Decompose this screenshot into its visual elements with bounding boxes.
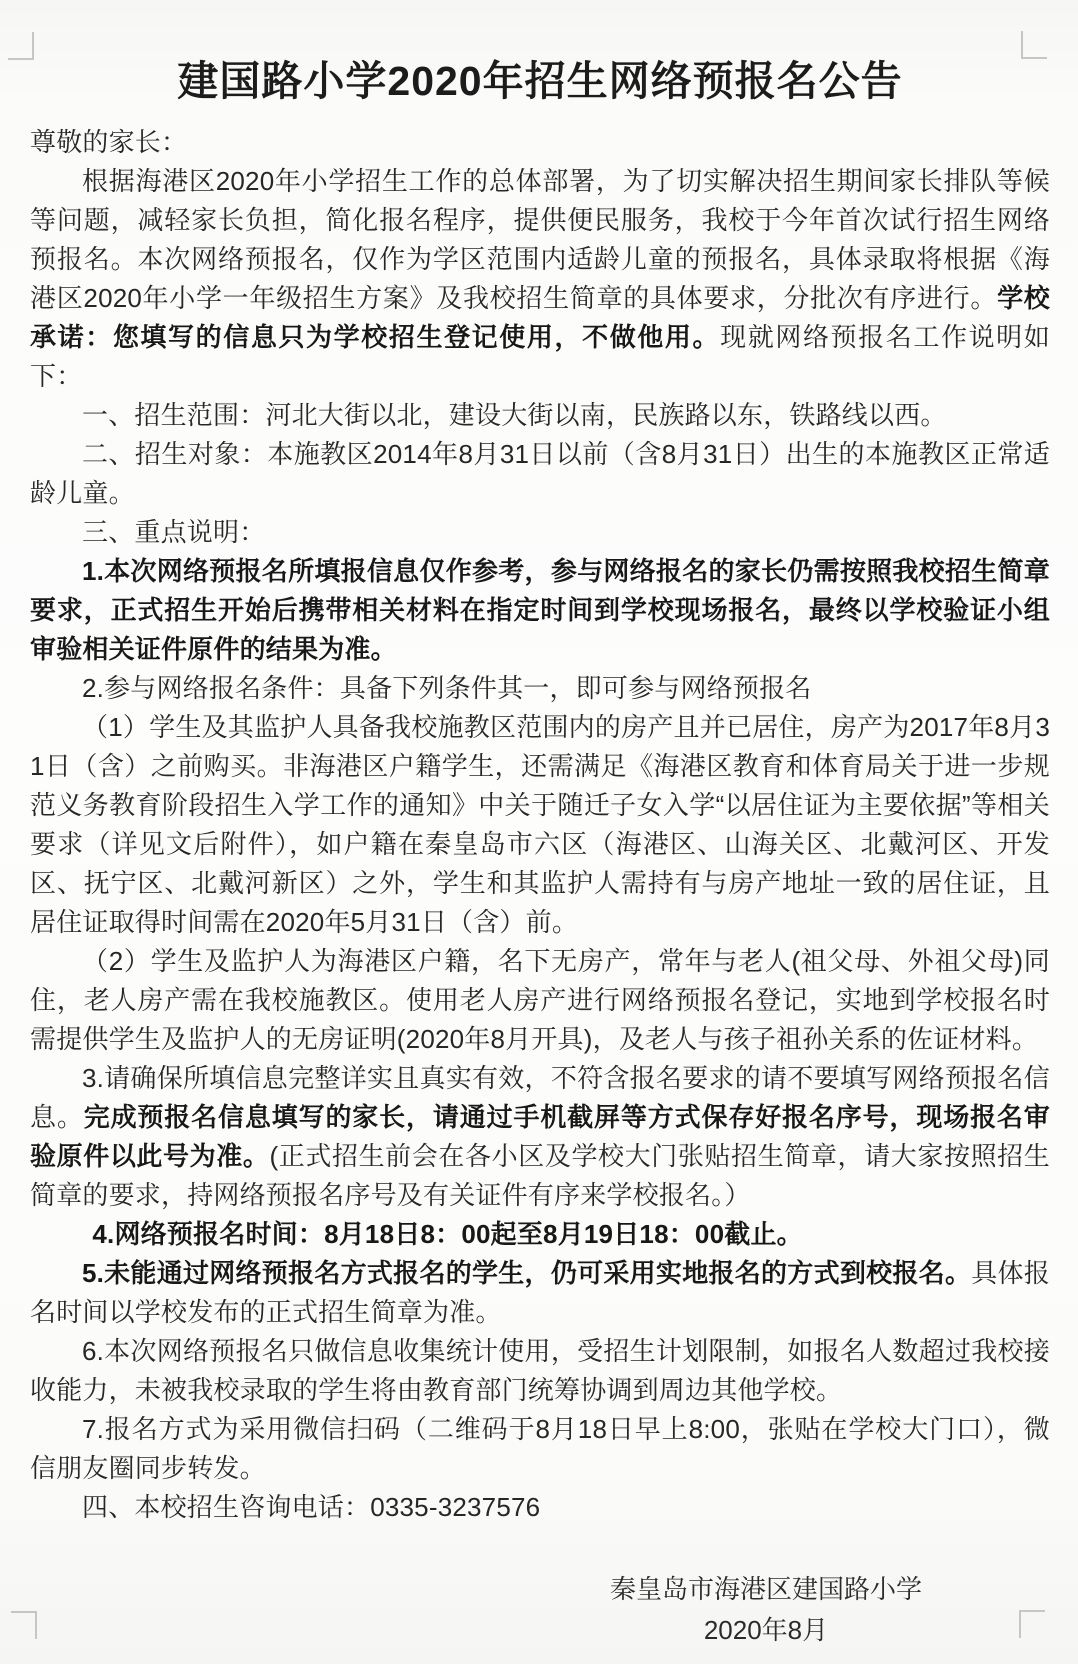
document-body: 建国路小学2020年招生网络预报名公告 尊敬的家长： 根据海港区2020年小学招… (0, 0, 1078, 1651)
key-note-2: 2.参与网络报名条件：具备下列条件其一，即可参与网络预报名 (30, 669, 1050, 708)
section-key-notes-heading: 三、重点说明： (30, 513, 1050, 552)
intro-text-1: 根据海港区2020年小学招生工作的总体部署，为了切实解决招生期间家长排队等候等问… (30, 166, 1050, 313)
condition-2: （2）学生及监护人为海港区户籍，名下无房产，常年与老人(祖父母、外祖父母)同住，… (30, 942, 1050, 1059)
key-note-5: 5.未能通过网络预报名方式报名的学生，仍可采用实地报名的方式到校报名。具体报名时… (30, 1254, 1050, 1332)
key-note-7: 7.报名方式为采用微信扫码（二维码于8月18日早上8:00，张贴在学校大门口），… (30, 1410, 1050, 1488)
section-enrollment-scope: 一、招生范围：河北大街以北，建设大街以南，民族路以东，铁路线以西。 (30, 396, 1050, 435)
key-note-5-bold: 5.未能通过网络预报名方式报名的学生，仍可采用实地报名的方式到校报名。 (82, 1258, 971, 1288)
key-note-1: 1.本次网络预报名所填报信息仅作参考，参与网络报名的家长仍需按照我校招生简章要求… (30, 552, 1050, 669)
corner-mark-bottom-left-icon (11, 1611, 37, 1639)
corner-mark-bottom-right-icon (1019, 1610, 1045, 1638)
announcement-page: 建国路小学2020年招生网络预报名公告 尊敬的家长： 根据海港区2020年小学招… (0, 0, 1078, 1664)
signature-block: 秦皇岛市海港区建国路小学 2020年8月 (610, 1569, 922, 1651)
intro-paragraph: 根据海港区2020年小学招生工作的总体部署，为了切实解决招生期间家长排队等候等问… (30, 162, 1050, 396)
condition-1: （1）学生及其监护人具备我校施教区范围内的房产且并已居住，房产为2017年8月3… (30, 708, 1050, 942)
section-consult-phone: 四、本校招生咨询电话：0335-3237576 (30, 1488, 1050, 1527)
salutation: 尊敬的家长： (30, 123, 1050, 162)
signature-date: 2020年8月 (610, 1610, 922, 1651)
section-enrollment-target: 二、招生对象：本施教区2014年8月31日以前（含8月31日）出生的本施教区正常… (30, 435, 1050, 513)
key-note-6: 6.本次网络预报名只做信息收集统计使用，受招生计划限制，如报名人数超过我校接收能… (30, 1332, 1050, 1410)
corner-mark-top-left-icon (8, 32, 34, 60)
signature-school-name: 秦皇岛市海港区建国路小学 (610, 1569, 922, 1610)
corner-mark-top-right-icon (1021, 31, 1047, 59)
key-note-4-registration-time: 4.网络预报名时间：8月18日8：00起至8月19日18：00截止。 (30, 1215, 1050, 1254)
page-title: 建国路小学2020年招生网络预报名公告 (30, 48, 1050, 107)
key-note-3: 3.请确保所填信息完整详实且真实有效，不符含报名要求的请不要填写网络预报名信息。… (30, 1059, 1050, 1215)
